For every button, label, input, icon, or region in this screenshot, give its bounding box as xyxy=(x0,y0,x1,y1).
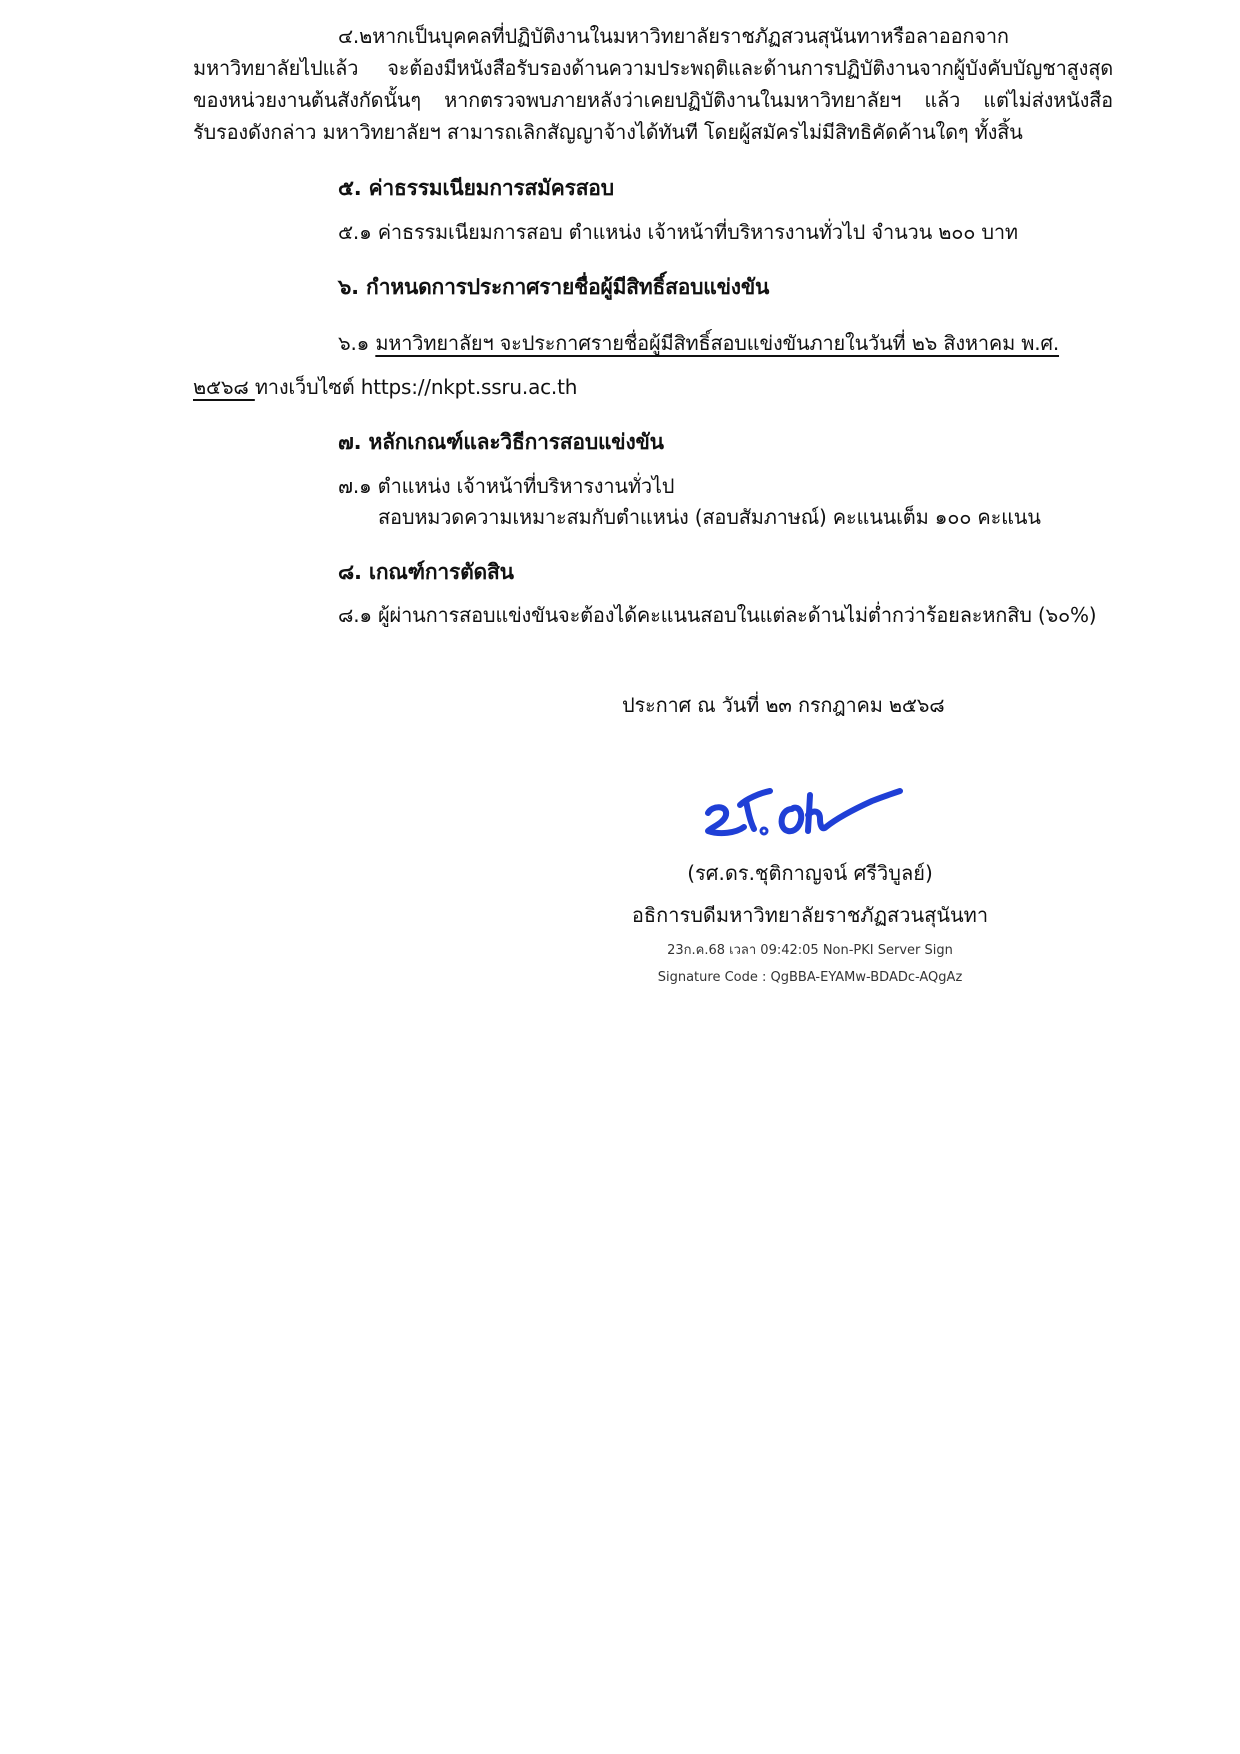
item-6-1-year: ๒๕๖๘ xyxy=(193,375,255,399)
item-7-1-detail: สอบหมวดความเหมาะสมกับตำแหน่ง (สอบสัมภาษณ… xyxy=(378,502,1041,532)
section-5-heading: ๕. ค่าธรรมเนียมการสมัครสอบ xyxy=(338,173,614,203)
item-6-1-announcement-date: มหาวิทยาลัยฯ จะประกาศรายชื่อผู้มีสิทธิ์ส… xyxy=(375,331,1059,355)
item-6-1-line-2: ๒๕๖๘ ทางเว็บไซต์ https://nkpt.ssru.ac.th xyxy=(193,372,577,402)
section-8-heading: ๘. เกณฑ์การตัดสิน xyxy=(338,557,514,587)
signature-code: Signature Code : QgBBA-EYAMw-BDADc-AQgAz xyxy=(600,968,1020,988)
paragraph-4-2-line-3: ของหน่วยงานต้นสังกัดนั้นๆ หากตรวจพบภายหล… xyxy=(193,85,1113,115)
item-6-1-line-1: ๖.๑ มหาวิทยาลัยฯ จะประกาศรายชื่อผู้มีสิท… xyxy=(338,328,1059,358)
paragraph-4-2-line-2: มหาวิทยาลัยไปแล้ว จะต้องมีหนังสือรับรองด… xyxy=(193,53,1113,83)
paragraph-4-2-line-4: รับรองดังกล่าว มหาวิทยาลัยฯ สามารถเลิกสั… xyxy=(193,117,1023,147)
item-7-1: ๗.๑ ตำแหน่ง เจ้าหน้าที่บริหารงานทั่วไป xyxy=(338,471,674,501)
signatory-title: อธิการบดีมหาวิทยาลัยราชภัฏสวนสุนันทา xyxy=(600,900,1020,930)
item-6-1-number: ๖.๑ xyxy=(338,331,375,355)
item-6-1-website: ทางเว็บไซต์ https://nkpt.ssru.ac.th xyxy=(255,375,577,399)
announcement-date: ประกาศ ณ วันที่ ๒๓ กรกฎาคม ๒๕๖๘ xyxy=(622,690,945,720)
section-6-heading: ๖. กำหนดการประกาศรายชื่อผู้มีสิทธิ์สอบแข… xyxy=(338,272,769,302)
signature-icon xyxy=(700,765,910,845)
digital-sign-stamp: 23ก.ค.68 เวลา 09:42:05 Non-PKI Server Si… xyxy=(600,941,1020,961)
item-8-1: ๘.๑ ผู้ผ่านการสอบแข่งขันจะต้องได้คะแนนสอ… xyxy=(338,600,1096,630)
paragraph-4-2-line-1: ๔.๒หากเป็นบุคคลที่ปฏิบัติงานในมหาวิทยาลั… xyxy=(338,21,1009,51)
document-page: ๔.๒หากเป็นบุคคลที่ปฏิบัติงานในมหาวิทยาลั… xyxy=(0,0,1240,1754)
signatory-name: (รศ.ดร.ชุติกาญจน์ ศรีวิบูลย์) xyxy=(600,858,1020,888)
item-5-1: ๕.๑ ค่าธรรมเนียมการสอบ ตำแหน่ง เจ้าหน้าท… xyxy=(338,217,1018,247)
section-7-heading: ๗. หลักเกณฑ์และวิธีการสอบแข่งขัน xyxy=(338,427,664,457)
handwritten-signature xyxy=(700,765,910,845)
